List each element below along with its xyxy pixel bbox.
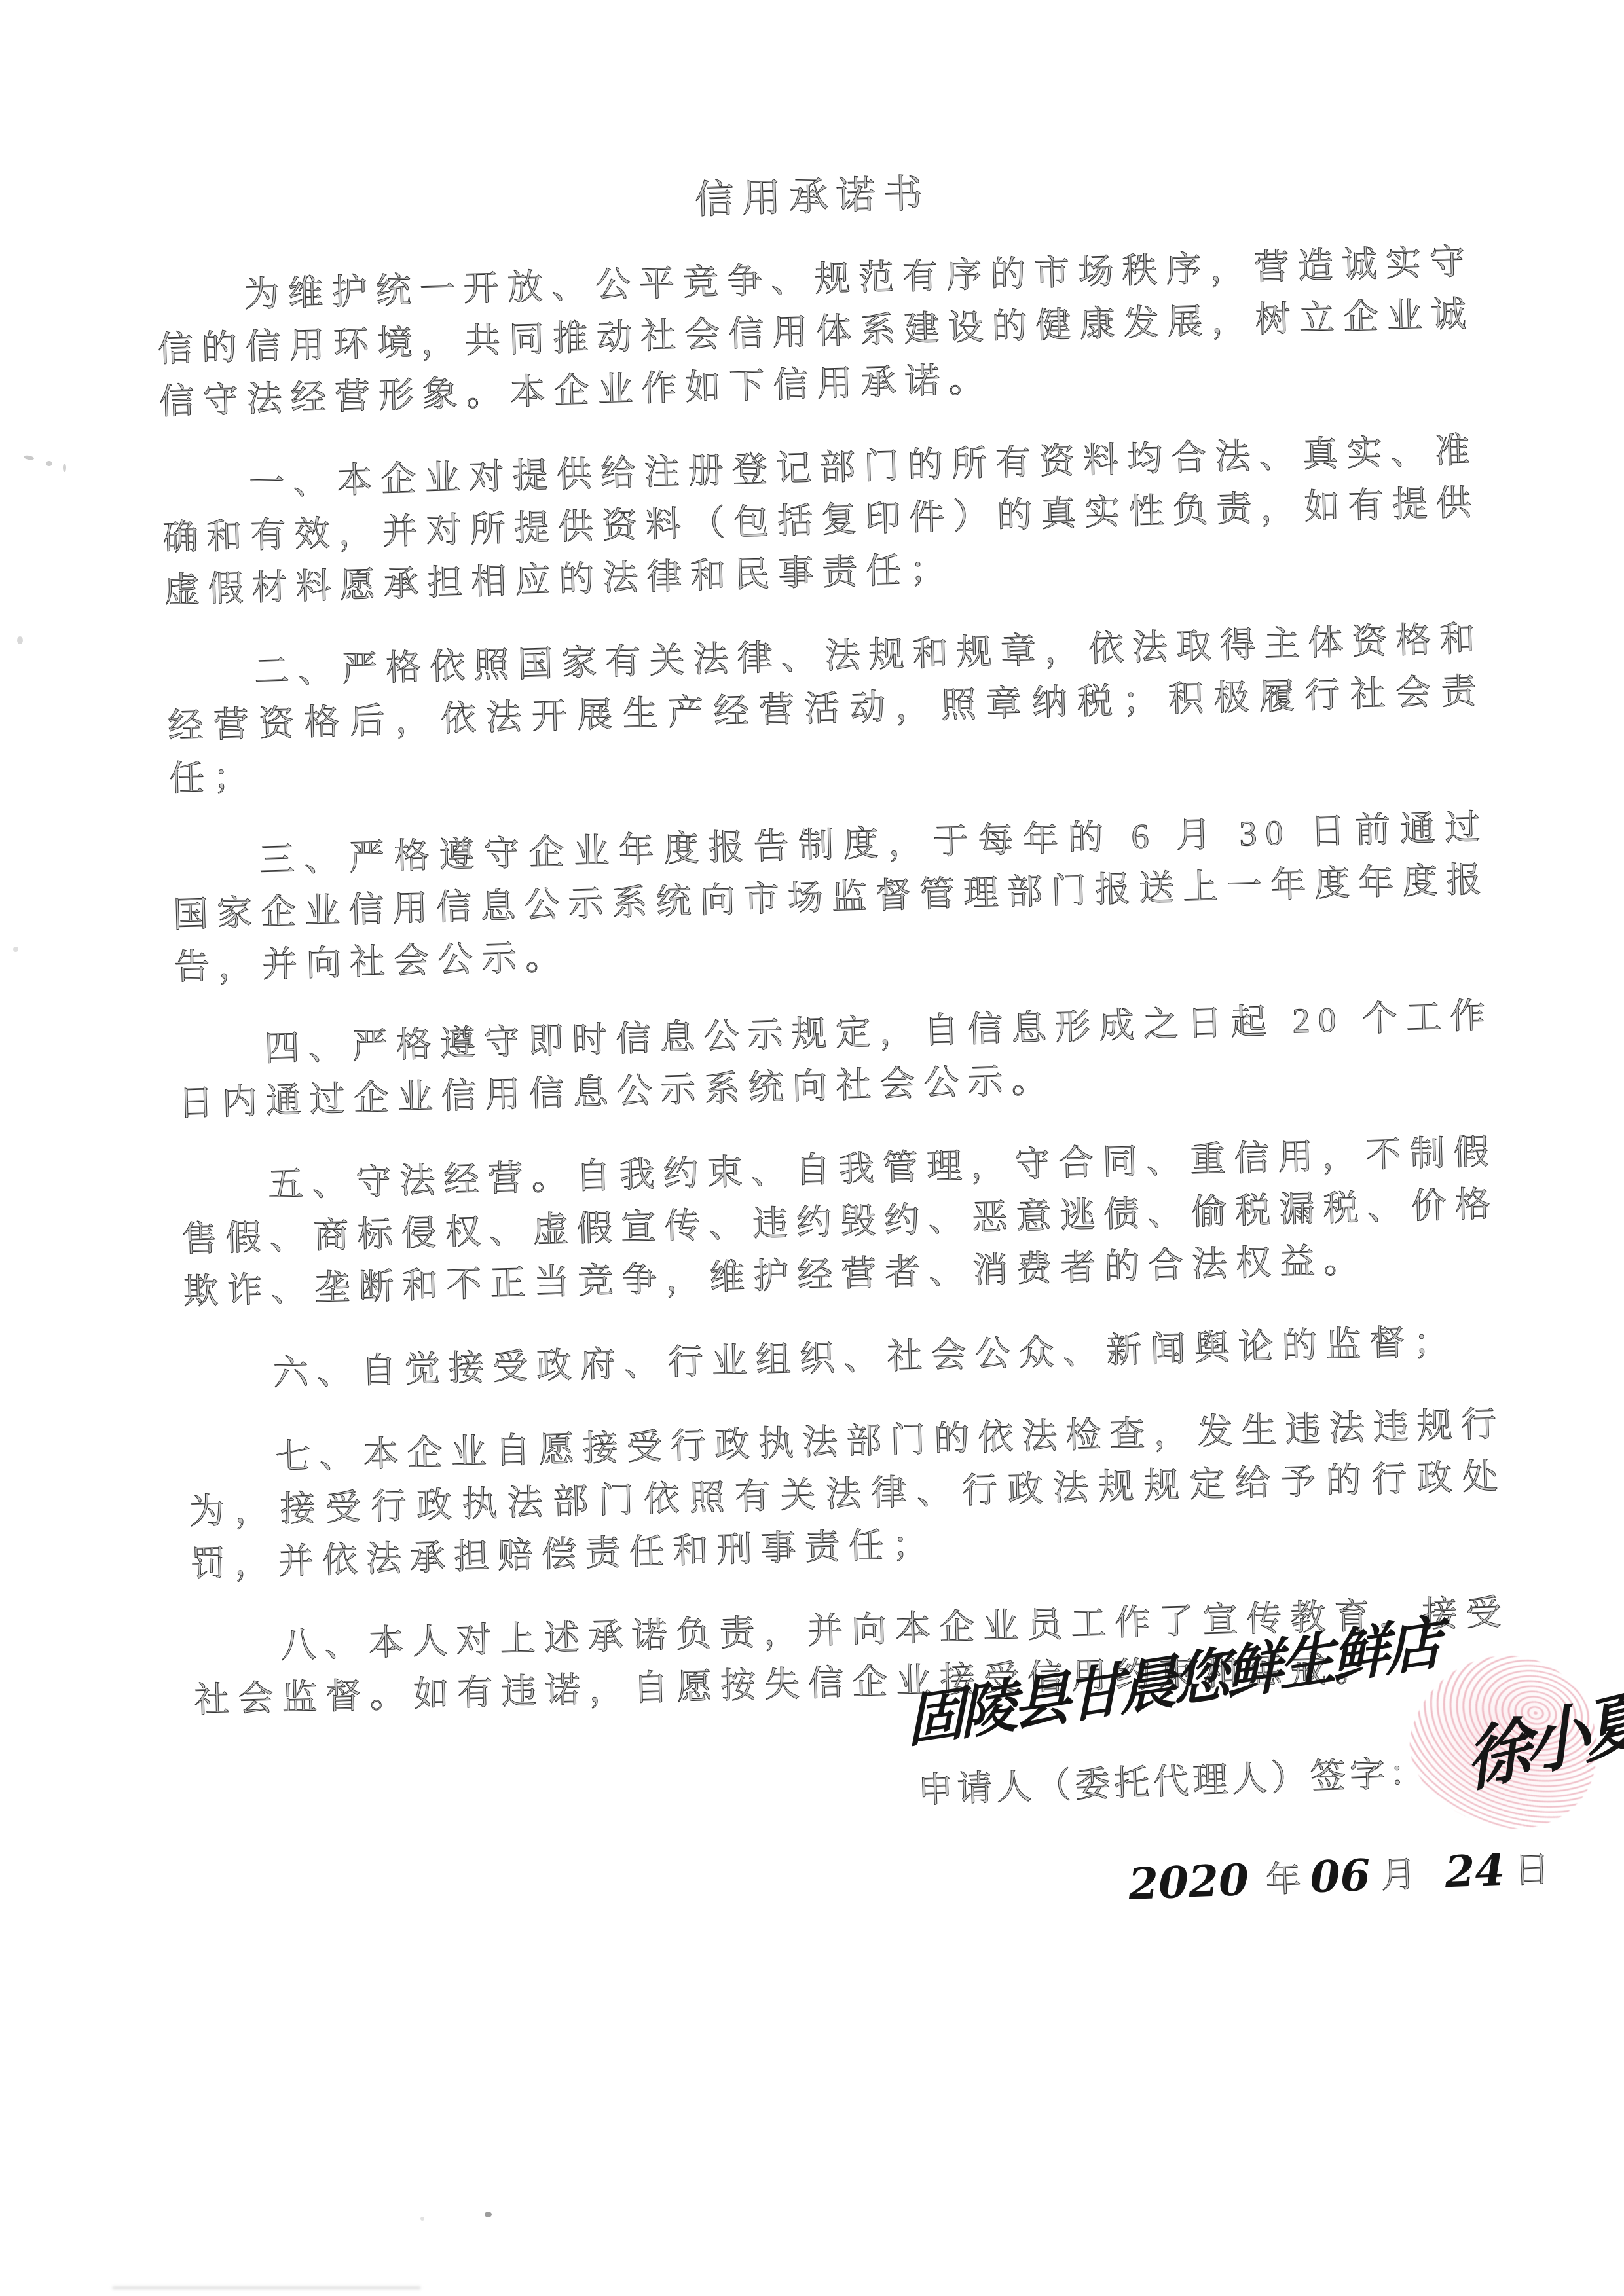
date-line: 2020 年 06 月 24 日 [1128, 1846, 1550, 1906]
scan-artifact [420, 2217, 424, 2221]
page-title: 信用承诺书 [153, 148, 1472, 240]
scanned-document-page: 信用承诺书 为维护统一开放、公平竞争、规范有序的市场秩序，营造诚实守信的信用环境… [0, 0, 1624, 2296]
date-month: 06 [1309, 1853, 1371, 1899]
scan-artifact [113, 2286, 420, 2289]
clause-2: 二、严格依照国家有关法律、法规和规章，依法取得主体资格和经营资格后，依法开展生产… [166, 612, 1487, 805]
intro-paragraph: 为维护统一开放、公平竞争、规范有序的市场秩序，营造诚实守信的信用环境，共同推动社… [156, 236, 1477, 428]
scan-artifact [485, 2212, 492, 2217]
scan-artifact [13, 947, 18, 952]
signature-label: 申请人（委托代理人）签字： [917, 1745, 1429, 1813]
clause-1: 一、本企业对提供给注册登记部门的所有资料均合法、真实、准确和有效，并对所提供资料… [160, 424, 1482, 616]
date-year-unit: 年 [1265, 1859, 1302, 1901]
date-day: 24 [1444, 1848, 1505, 1893]
date-year: 2020 [1128, 1858, 1249, 1906]
scan-artifact [63, 464, 66, 472]
document-body: 信用承诺书 为维护统一开放、公平竞争、规范有序的市场秩序，营造诚实守信的信用环境… [153, 126, 1512, 1727]
clause-5: 五、守法经营。自我约束、自我管理，守合同、重信用，不制假售假、商标侵权、虚假宣传… [179, 1125, 1501, 1318]
date-day-unit: 日 [1513, 1849, 1550, 1891]
clause-6: 六、自觉接受政府、行业组织、社会公众、新闻舆论的监督； [185, 1314, 1503, 1402]
clause-7: 七、本企业自愿接受行政执法部门的依法检查，发生违法违规行为，接受行政执法部门依照… [187, 1398, 1509, 1590]
scan-artifact [24, 455, 35, 461]
clause-3: 三、严格遵守企业年度报告制度，于每年的 6 月 30 日前通过国家企业信用信息公… [171, 801, 1492, 993]
scan-artifact [17, 636, 23, 644]
clause-4: 四、严格遵守即时信息公示规定，自信息形成之日起 20 个工作日内通过企业信用信息… [176, 989, 1496, 1129]
scan-artifact [46, 461, 52, 466]
date-month-unit: 月 [1380, 1854, 1416, 1896]
